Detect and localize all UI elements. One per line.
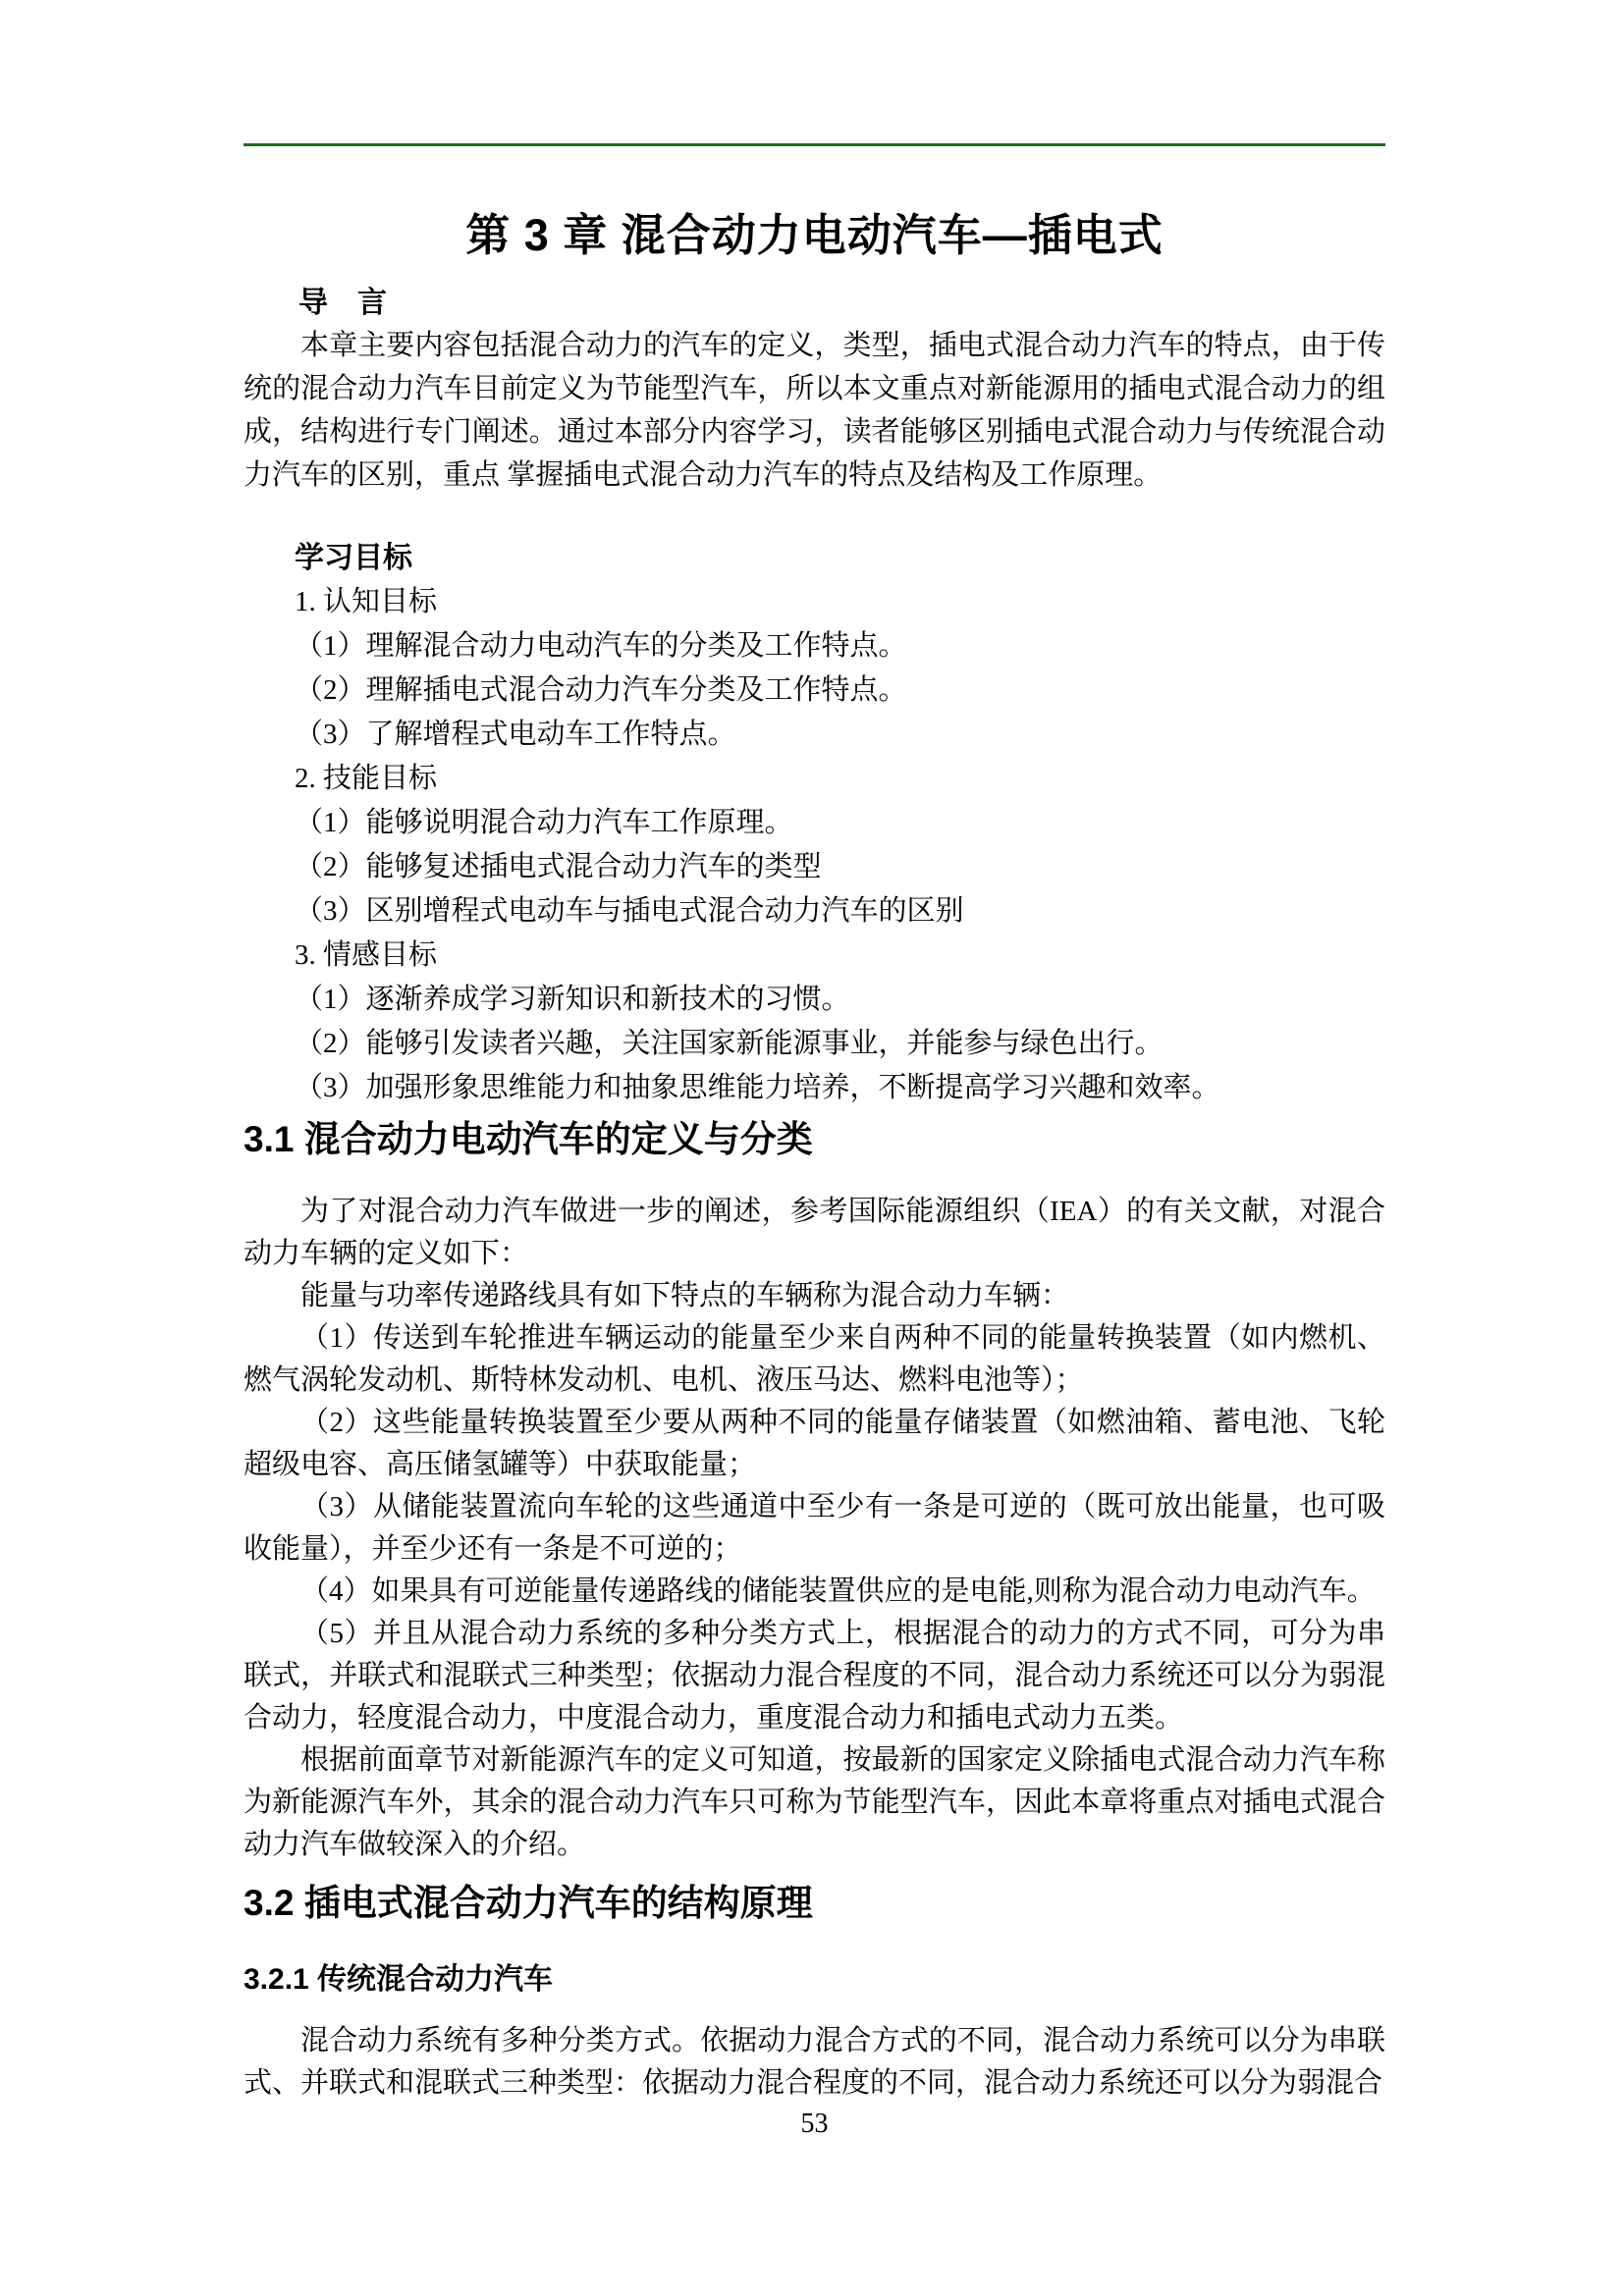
intro-paragraph: 本章主要内容包括混合动力的汽车的定义，类型，插电式混合动力汽车的特点，由于传统的… (244, 324, 1385, 497)
page-number: 53 (244, 2108, 1385, 2141)
paragraph: （3）从储能装置流向车轮的这些通道中至少有一条是可逆的（既可放出能量，也可吸收能… (244, 1486, 1385, 1571)
objective-item: 1. 认知目标 (295, 580, 1385, 624)
paragraph: （4）如果具有可逆能量传递路线的储能装置供应的是电能,则称为混合动力电动汽车。 (244, 1571, 1385, 1613)
paragraph: 能量与功率传递路线具有如下特点的车辆称为混合动力车辆： (244, 1275, 1385, 1317)
objectives-list: 1. 认知目标 （1）理解混合动力电动汽车的分类及工作特点。 （2）理解插电式混… (295, 580, 1385, 1110)
section-3-2-heading: 3.2 插电式混合动力汽车的结构原理 (244, 1882, 1385, 1925)
document-page: 第 3 章 混合动力电动汽车—插电式 导 言 本章主要内容包括混合动力的汽车的定… (0, 0, 1624, 2296)
paragraph: （5）并且从混合动力系统的多种分类方式上，根据混合的动力的方式不同，可分为串联式… (244, 1613, 1385, 1739)
objective-item: （2）理解插电式混合动力汽车分类及工作特点。 (295, 668, 1385, 713)
chapter-title: 第 3 章 混合动力电动汽车—插电式 (244, 209, 1385, 262)
objective-item: （3）加强形象思维能力和抽象思维能力培养，不断提高学习兴趣和效率。 (295, 1066, 1385, 1110)
section-3-1-heading: 3.1 混合动力电动汽车的定义与分类 (244, 1118, 1385, 1161)
objective-item: （2）能够复述插电式混合动力汽车的类型 (295, 845, 1385, 889)
intro-heading: 导 言 (298, 286, 1385, 321)
objective-item: 3. 情感目标 (295, 934, 1385, 978)
content-column: 第 3 章 混合动力电动汽车—插电式 导 言 本章主要内容包括混合动力的汽车的定… (244, 0, 1385, 2141)
paragraph: （1）传送到车轮推进车辆运动的能量至少来自两种不同的能量转换装置（如内燃机、燃气… (244, 1317, 1385, 1402)
objective-item: （1）逐渐养成学习新知识和新技术的习惯。 (295, 978, 1385, 1022)
paragraph: 为了对混合动力汽车做进一步的阐述，参考国际能源组织（IEA）的有关文献，对混合动… (244, 1191, 1385, 1275)
objective-item: 2. 技能目标 (295, 757, 1385, 801)
objective-item: （1）能够说明混合动力汽车工作原理。 (295, 801, 1385, 845)
header-rule (244, 143, 1385, 146)
objective-item: （2）能够引发读者兴趣，关注国家新能源事业，并能参与绿色出行。 (295, 1022, 1385, 1066)
section-3-2-1-heading: 3.2.1 传统混合动力汽车 (244, 1962, 1385, 1998)
objective-item: （1）理解混合动力电动汽车的分类及工作特点。 (295, 624, 1385, 668)
objectives-heading: 学习目标 (295, 536, 1385, 580)
paragraph: （2）这些能量转换装置至少要从两种不同的能量存储装置（如燃油箱、蓄电池、飞轮超级… (244, 1402, 1385, 1486)
objective-item: （3）区别增程式电动车与插电式混合动力汽车的区别 (295, 889, 1385, 934)
section-3-1-body: 为了对混合动力汽车做进一步的阐述，参考国际能源组织（IEA）的有关文献，对混合动… (244, 1191, 1385, 1866)
objective-item: （3）了解增程式电动车工作特点。 (295, 713, 1385, 757)
paragraph: 根据前面章节对新能源汽车的定义可知道，按最新的国家定义除插电式混合动力汽车称为新… (244, 1739, 1385, 1866)
paragraph: 混合动力系统有多种分类方式。依据动力混合方式的不同，混合动力系统可以分为串联式、… (244, 2020, 1385, 2105)
